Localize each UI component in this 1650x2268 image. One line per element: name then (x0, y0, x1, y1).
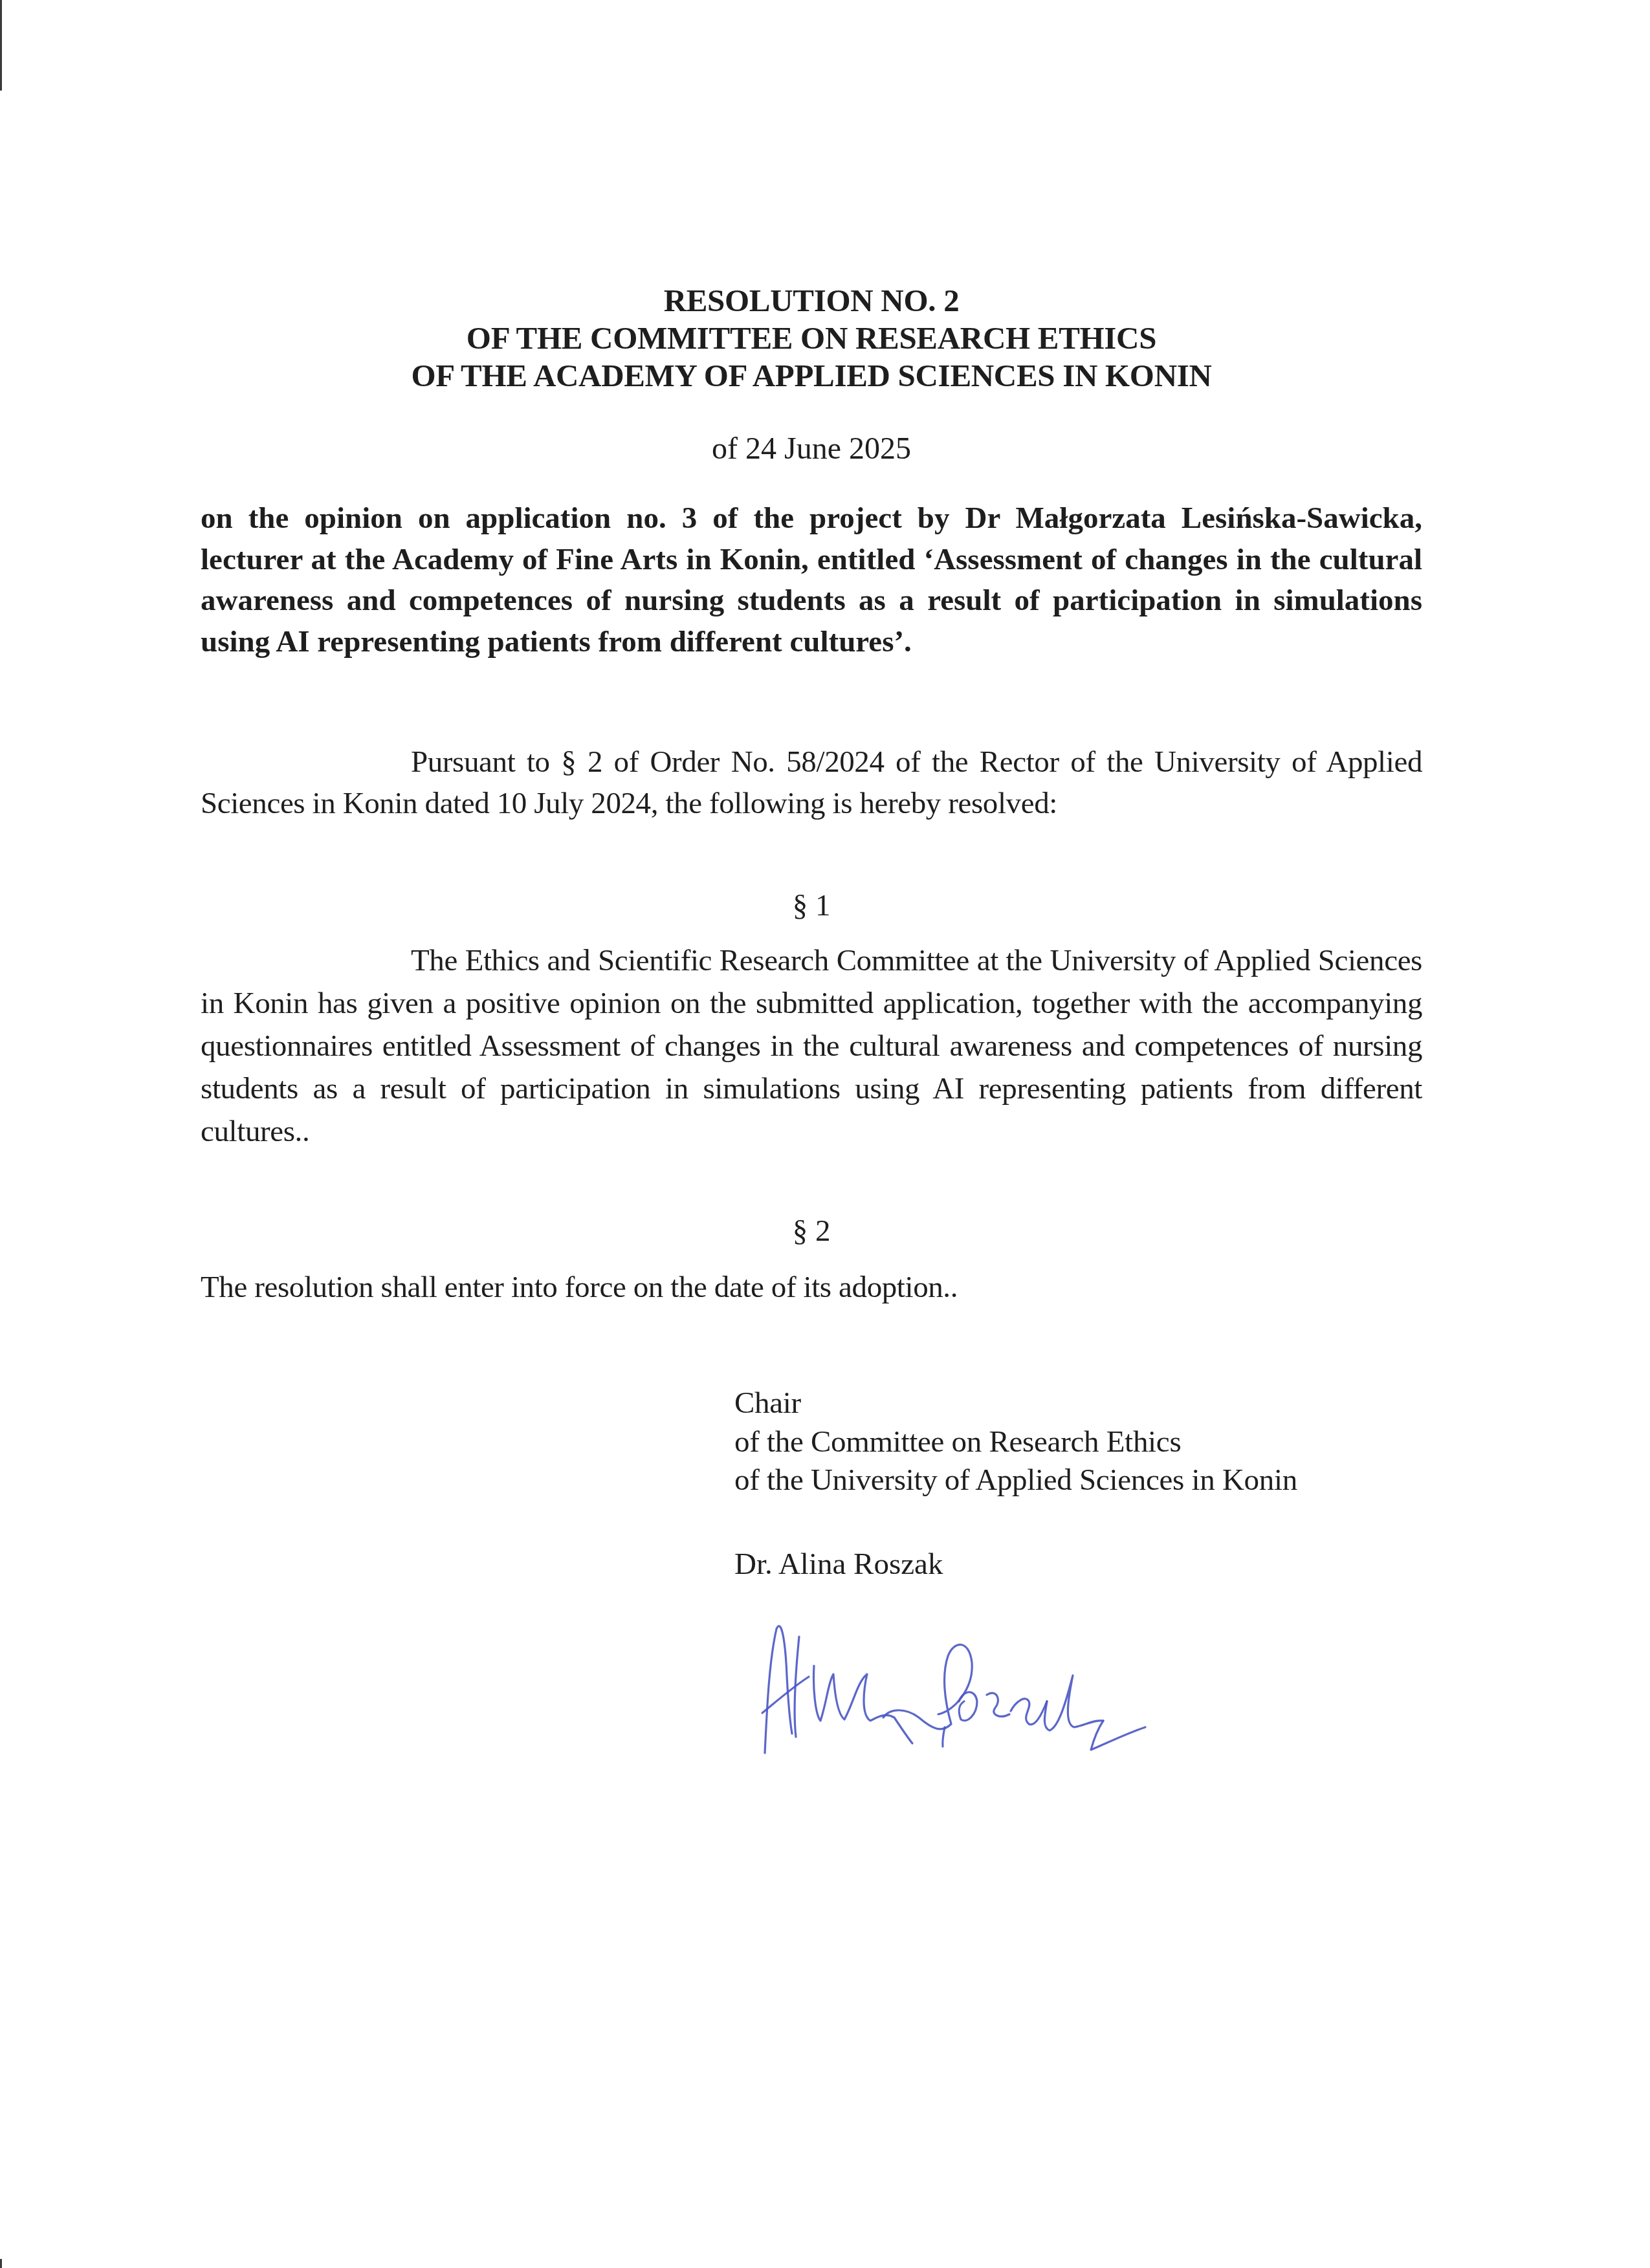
section-2-heading: § 2 (201, 1212, 1422, 1250)
signatory-institution: of the University of Applied Sciences in… (734, 1461, 1297, 1500)
title-line: OF THE ACADEMY OF APPLIED SCIENCES IN KO… (201, 357, 1422, 395)
resolution-subject: on the opinion on application no. 3 of t… (201, 498, 1422, 662)
signatory-title: Chair of the Committee on Research Ethic… (734, 1384, 1297, 1500)
signatory-committee: of the Committee on Research Ethics (734, 1423, 1297, 1462)
resolution-title: RESOLUTION NO. 2 OF THE COMMITTEE ON RES… (201, 282, 1422, 395)
section-1-text: The Ethics and Scientific Research Commi… (201, 939, 1422, 1153)
signature-icon (731, 1604, 1326, 1760)
section-2-text: The resolution shall enter into force on… (201, 1268, 1422, 1307)
signatory-role: Chair (734, 1384, 1297, 1423)
section-1-heading: § 1 (201, 886, 1422, 925)
resolution-preamble: Pursuant to § 2 of Order No. 58/2024 of … (201, 741, 1422, 824)
signer-name: Dr. Alina Roszak (734, 1545, 943, 1584)
resolution-date: of 24 June 2025 (201, 430, 1422, 468)
title-line: OF THE COMMITTEE ON RESEARCH ETHICS (201, 320, 1422, 357)
title-line: RESOLUTION NO. 2 (201, 282, 1422, 320)
scan-border (0, 0, 2, 91)
document-page: RESOLUTION NO. 2 OF THE COMMITTEE ON RES… (0, 0, 1650, 2268)
scan-border (0, 2259, 2, 2268)
